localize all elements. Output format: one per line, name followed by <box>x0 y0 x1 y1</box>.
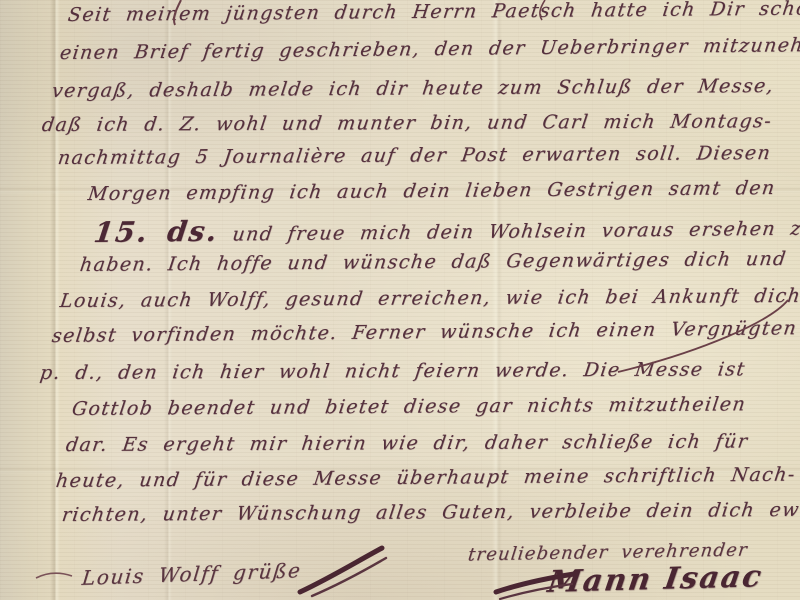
postscript-flourish-stroke-1 <box>300 548 382 592</box>
handwritten-line-5: nachmittag 5 Journalière auf der Post er… <box>57 142 773 169</box>
handwritten-line-3: vergaß, deshalb melde ich dir heute zum … <box>51 75 776 102</box>
handwritten-line-8: haben. Ich hoffe und wünsche daß Gegenwä… <box>79 248 789 276</box>
postscript-greeting: Louis Wolff grüße <box>81 558 303 590</box>
handwritten-line-10: selbst vorfinden möchte. Ferner wünsche … <box>51 317 799 347</box>
postscript-flourish-stroke-2 <box>312 558 386 596</box>
handwritten-line-6: Morgen empfing ich auch dein lieben Gest… <box>87 177 777 205</box>
handwritten-line-1: Seit meinem jüngsten durch Herrn Paetsch… <box>67 0 800 26</box>
handwritten-line-15: richten, unter Wünschung alles Guten, ve… <box>61 499 800 526</box>
date-number: 15. ds. <box>92 215 221 249</box>
handwritten-line-4: daß ich d. Z. wohl und munter bin, und C… <box>41 110 774 136</box>
handwritten-line-14: heute, und für diese Messe überhaupt mei… <box>55 464 798 492</box>
letter-page: Seit meinem jüngsten durch Herrn Paetsch… <box>0 0 800 600</box>
handwritten-line-13: dar. Es ergeht mir hierin wie dir, daher… <box>65 430 750 456</box>
handwritten-line-7-text: und freue mich dein Wohlsein voraus erse… <box>231 217 800 245</box>
handwritten-line-7: 15. ds. und freue mich dein Wohlsein vor… <box>92 208 800 249</box>
pre-postscript-mark <box>36 573 72 578</box>
handwritten-line-12: Gottlob beendet und bietet diese gar nic… <box>71 393 748 420</box>
handwritten-line-2: einen Brief fertig geschrieben, den der … <box>59 34 800 64</box>
handwritten-line-9: Louis, auch Wolff, gesund erreichen, wie… <box>59 285 800 312</box>
signature-name: Mann Isaac <box>545 559 765 600</box>
handwritten-line-11: p. d., den ich hier wohl nicht feiern we… <box>39 358 748 384</box>
